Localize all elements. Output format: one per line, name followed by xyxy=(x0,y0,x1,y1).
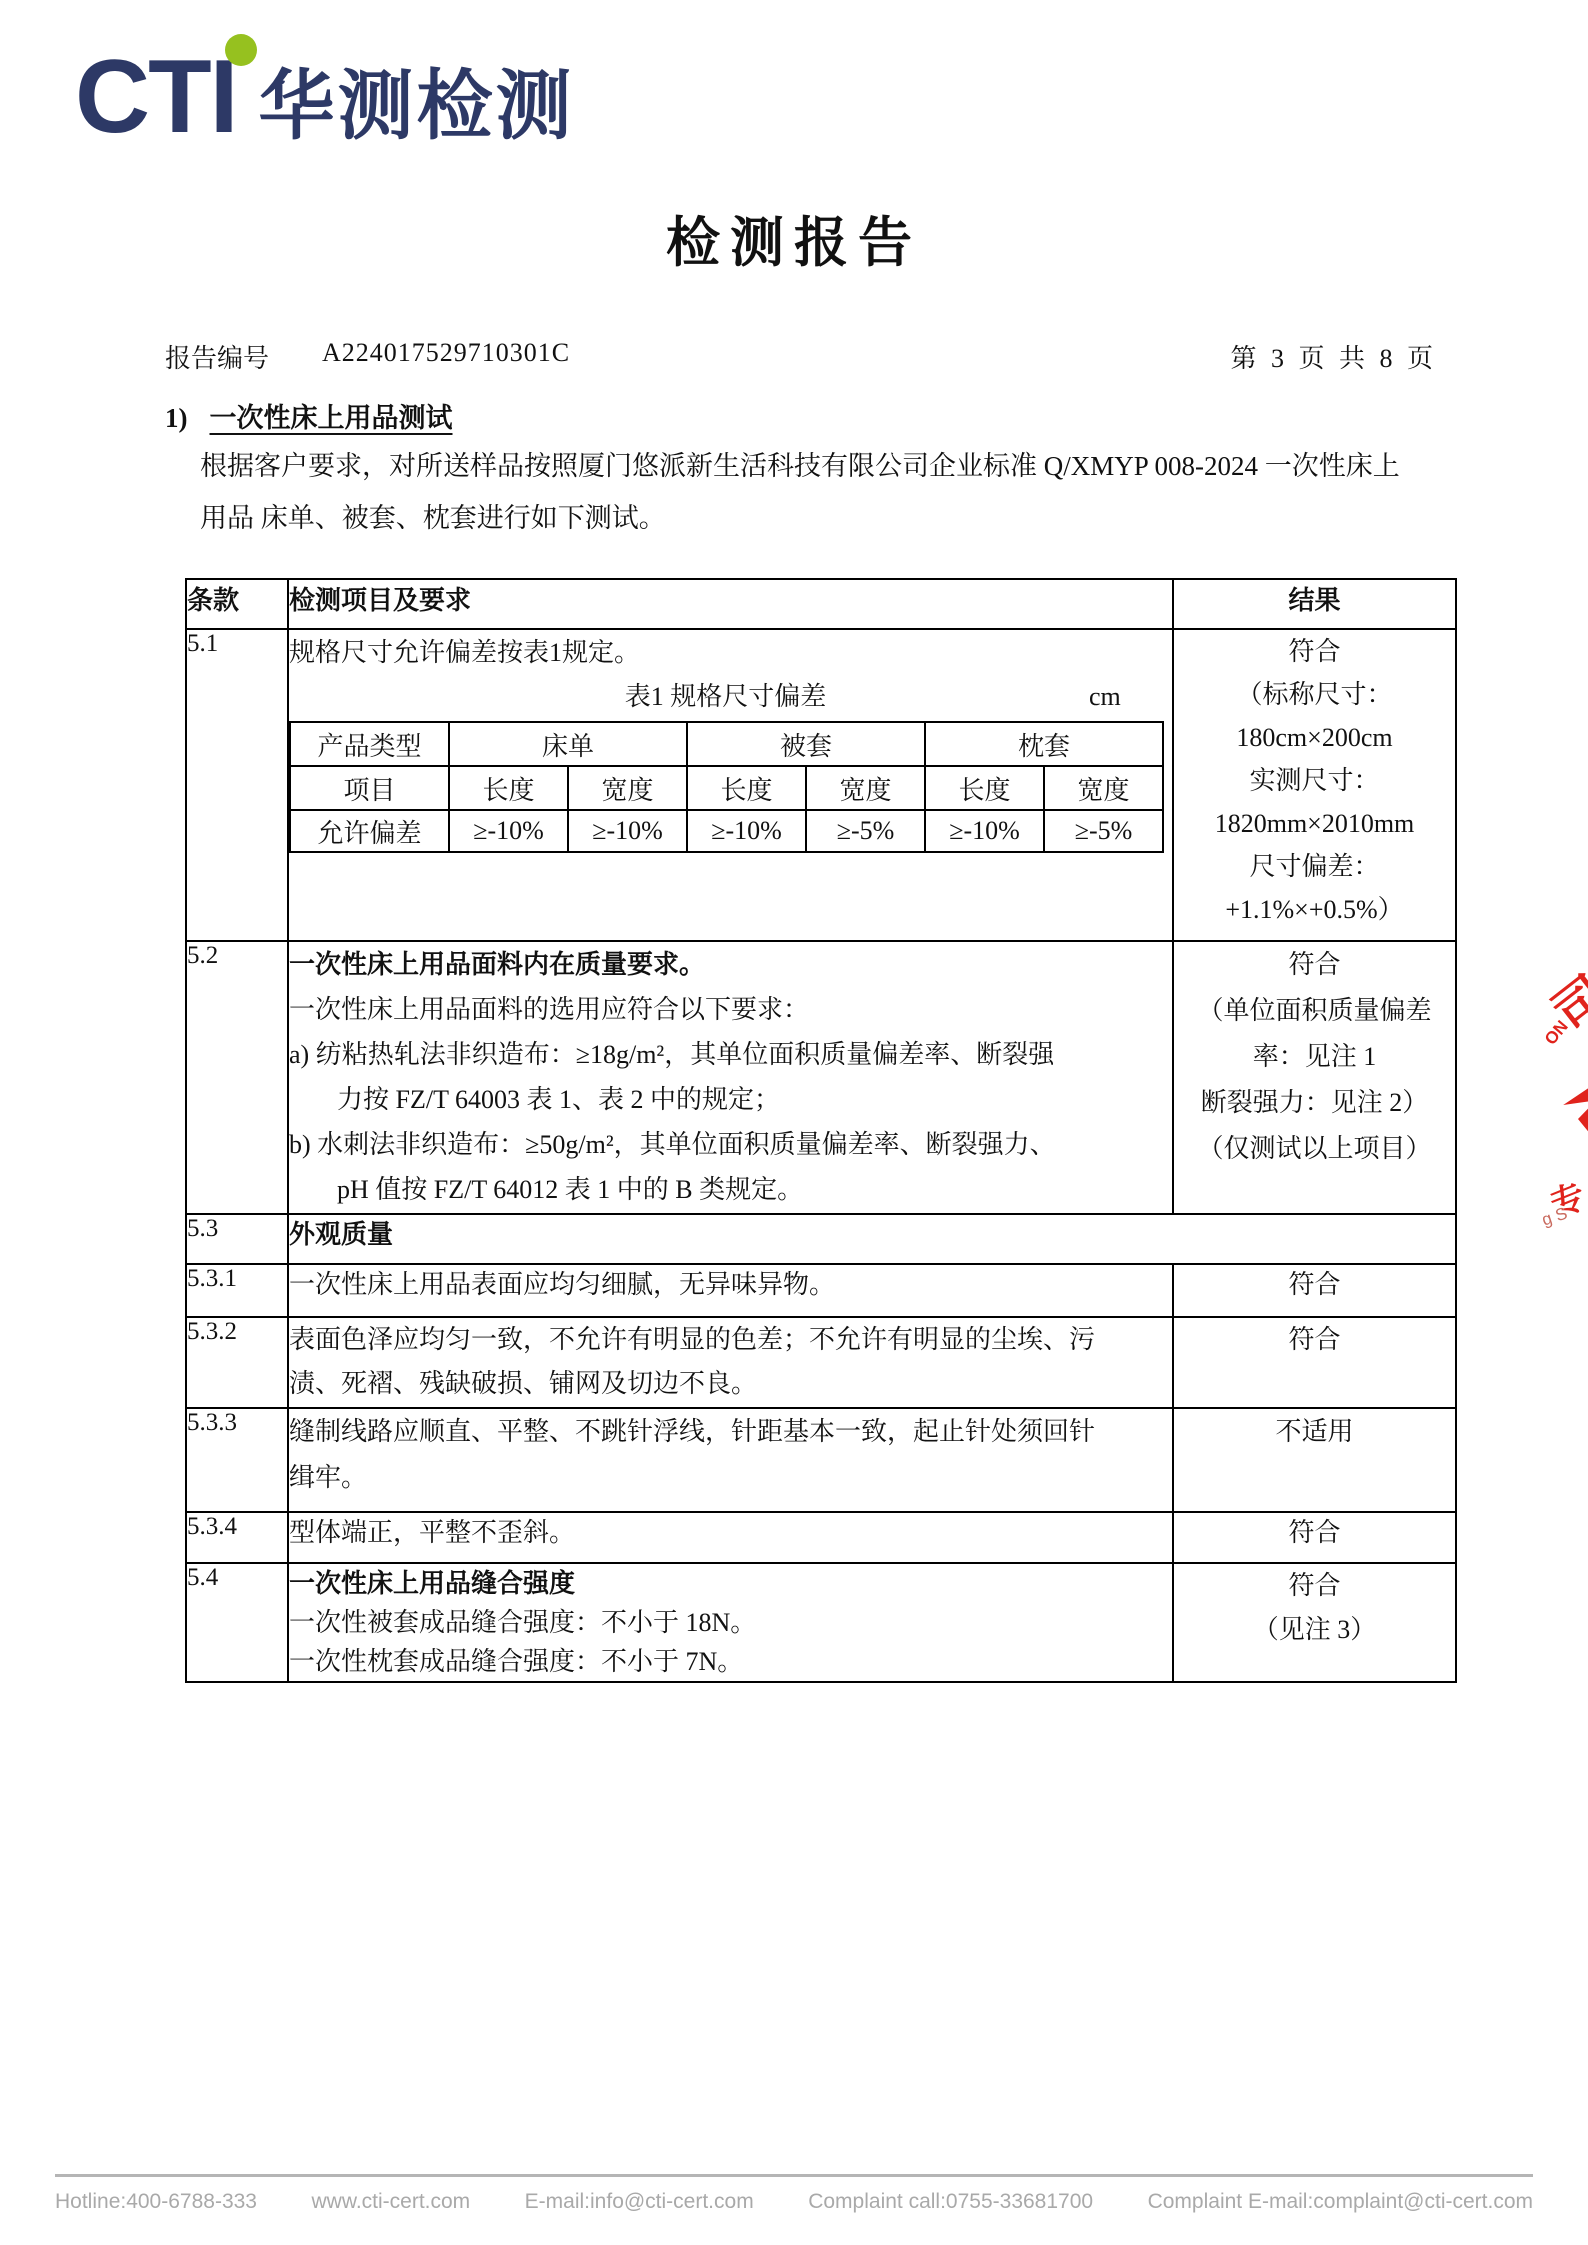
result-line: 不适用 xyxy=(1174,1409,1455,1455)
result-line: 符合 xyxy=(1174,942,1455,988)
requirement-cell: 规格尺寸允许偏差按表1规定。 表1 规格尺寸偏差 cm 产品类型 床单 被套 枕… xyxy=(288,629,1173,941)
footer: Hotline:400-6788-333 www.cti-cert.com E-… xyxy=(55,2190,1533,2214)
footer-email: E-mail:info@cti-cert.com xyxy=(525,2190,754,2214)
requirement-text: 型体端正，平整不歪斜。 xyxy=(289,1513,1172,1552)
requirement-cell: 缝制线路应顺直、平整、不跳针浮线，针距基本一致，起止针处须回针 缉牢。 xyxy=(288,1408,1173,1512)
requirement-cell: 一次性床上用品表面应均匀细腻，无异味异物。 xyxy=(288,1264,1173,1317)
inner-table-unit: cm xyxy=(1089,675,1121,719)
clause-number: 5.1 xyxy=(186,629,288,941)
page-indicator: 第 3 页 共 8 页 xyxy=(1230,338,1437,375)
result-line: （单位面积质量偏差 xyxy=(1174,988,1455,1034)
result-line: 实测尺寸： xyxy=(1174,759,1455,802)
info-line: 报告编号 A224017529710301C 第 3 页 共 8 页 xyxy=(165,338,1437,372)
requirement-text: 一次性枕套成品缝合强度：不小于 7N。 xyxy=(289,1642,1172,1681)
inner-cell: 项目 xyxy=(290,766,449,810)
result-cell: 符合 xyxy=(1173,1317,1456,1408)
result-line: 1820mm×2010mm xyxy=(1174,802,1455,845)
result-line: 符合 xyxy=(1174,1564,1455,1608)
report-no-label: 报告编号 xyxy=(165,338,269,375)
clause-number: 5.3.3 xyxy=(186,1408,288,1512)
inner-cell: ≥-5% xyxy=(806,810,925,852)
inner-cell: ≥-10% xyxy=(568,810,687,852)
header-clause: 条款 xyxy=(186,579,288,629)
table-row: 5.3.1 一次性床上用品表面应均匀细腻，无异味异物。 符合 xyxy=(186,1264,1456,1317)
table-row: 5.3.4 型体端正，平整不歪斜。 符合 xyxy=(186,1512,1456,1563)
section-heading: 1)一次性床上用品测试 xyxy=(165,396,453,435)
requirement-text: 一次性床上用品面料内在质量要求。 xyxy=(289,942,1172,987)
requirement-text: 一次性被套成品缝合强度：不小于 18N。 xyxy=(289,1603,1172,1642)
result-cell: 符合 （标称尺寸： 180cm×200cm 实测尺寸： 1820mm×2010m… xyxy=(1173,629,1456,941)
requirement-cell: 一次性床上用品面料内在质量要求。 一次性床上用品面料的选用应符合以下要求： a)… xyxy=(288,941,1173,1214)
inner-cell: 长度 xyxy=(687,766,806,810)
requirement-cell: 型体端正，平整不歪斜。 xyxy=(288,1512,1173,1563)
inner-cell: 长度 xyxy=(925,766,1044,810)
result-cell: 符合 （单位面积质量偏差 率：见注 1 断裂强力：见注 2） （仅测试以上项目） xyxy=(1173,941,1456,1214)
clause-number: 5.3 xyxy=(186,1214,288,1264)
report-page: CTI 华测检测 检测报告 报告编号 A224017529710301C 第 3… xyxy=(0,0,1588,2245)
green-dot-icon xyxy=(225,34,257,66)
cti-logo-letters: CTI xyxy=(75,48,237,147)
table-row: 5.4 一次性床上用品缝合强度 一次性被套成品缝合强度：不小于 18N。 一次性… xyxy=(186,1563,1456,1682)
clause-number: 5.3.2 xyxy=(186,1317,288,1408)
clause-number: 5.3.1 xyxy=(186,1264,288,1317)
size-deviation-table: 产品类型 床单 被套 枕套 项目 长度 宽度 长度 宽度 长度 宽度 xyxy=(289,721,1164,853)
result-line: （见注 3） xyxy=(1174,1608,1455,1652)
red-seal-fragment: 司 ON 专 g S xyxy=(1540,955,1588,1255)
requirement-text: 一次性床上用品缝合强度 xyxy=(289,1564,1172,1603)
requirement-text: 一次性床上用品表面应均匀细腻，无异味异物。 xyxy=(289,1265,1172,1304)
report-no-value: A224017529710301C xyxy=(322,338,570,368)
inner-cell: ≥-10% xyxy=(925,810,1044,852)
requirement-text: 力按 FZ/T 64003 表 1、表 2 中的规定； xyxy=(289,1077,1172,1122)
inner-cell: ≥-10% xyxy=(687,810,806,852)
inner-cell: 产品类型 xyxy=(290,722,449,766)
inner-cell: 宽度 xyxy=(568,766,687,810)
footer-divider xyxy=(55,2174,1533,2177)
result-line: 符合 xyxy=(1174,1513,1455,1552)
test-results-table: 条款 检测项目及要求 结果 5.1 规格尺寸允许偏差按表1规定。 表1 规格尺寸… xyxy=(185,578,1457,1683)
result-line: 符合 xyxy=(1174,630,1455,673)
page-title: 检测报告 xyxy=(0,200,1588,277)
result-cell: 符合 xyxy=(1173,1512,1456,1563)
header-item: 检测项目及要求 xyxy=(288,579,1173,629)
requirement-text: 缝制线路应顺直、平整、不跳针浮线，针距基本一致，起止针处须回针 xyxy=(289,1409,1172,1455)
clause-number: 5.4 xyxy=(186,1563,288,1682)
footer-complaint-call: Complaint call:0755-33681700 xyxy=(808,2190,1093,2214)
requirement-text: 渍、死褶、残缺破损、铺网及切边不良。 xyxy=(289,1362,1172,1406)
table-header-row: 条款 检测项目及要求 结果 xyxy=(186,579,1456,629)
requirement-text: a) 纺粘热轧法非织造布：≥18g/m²，其单位面积质量偏差率、断裂强 xyxy=(289,1032,1172,1077)
paragraph-line: 根据客户要求，对所送样品按照厦门悠派新生活科技有限公司企业标准 Q/XMYP 0… xyxy=(200,440,1470,492)
inner-cell: ≥-10% xyxy=(449,810,568,852)
result-line: （标称尺寸： xyxy=(1174,673,1455,716)
requirement-text: 一次性床上用品面料的选用应符合以下要求： xyxy=(289,987,1172,1032)
inner-cell: 宽度 xyxy=(1044,766,1163,810)
inner-cell: ≥-5% xyxy=(1044,810,1163,852)
seal-arc-text: g S xyxy=(1540,1204,1570,1231)
result-line: 率：见注 1 xyxy=(1174,1034,1455,1080)
result-line: 断裂强力：见注 2） xyxy=(1174,1080,1455,1126)
clause-number: 5.2 xyxy=(186,941,288,1214)
result-line: 尺寸偏差： xyxy=(1174,845,1455,888)
result-line: 符合 xyxy=(1174,1265,1455,1304)
result-line: 符合 xyxy=(1174,1318,1455,1362)
table-row: 5.3.3 缝制线路应顺直、平整、不跳针浮线，针距基本一致，起止针处须回针 缉牢… xyxy=(186,1408,1456,1512)
footer-hotline: Hotline:400-6788-333 xyxy=(55,2190,257,2214)
result-cell: 符合 xyxy=(1173,1264,1456,1317)
result-cell: 符合 （见注 3） xyxy=(1173,1563,1456,1682)
inner-table-caption: 表1 规格尺寸偏差 cm xyxy=(289,675,1162,719)
paragraph-line: 用品 床单、被套、枕套进行如下测试。 xyxy=(200,492,1470,544)
requirement-text: 规格尺寸允许偏差按表1规定。 xyxy=(289,630,1172,675)
result-line: 180cm×200cm xyxy=(1174,716,1455,759)
inner-cell: 枕套 xyxy=(925,722,1163,766)
result-line: +1.1%×+0.5%） xyxy=(1174,888,1455,931)
table-row: 5.3.2 表面色泽应均匀一致，不允许有明显的色差；不允许有明显的尘埃、污 渍、… xyxy=(186,1317,1456,1408)
requirement-text: 缉牢。 xyxy=(289,1455,1172,1501)
inner-subheader-row: 项目 长度 宽度 长度 宽度 长度 宽度 xyxy=(290,766,1163,810)
requirement-text: pH 值按 FZ/T 64012 表 1 中的 B 类规定。 xyxy=(289,1167,1172,1212)
requirement-cell: 外观质量 xyxy=(288,1214,1456,1264)
table-row: 5.2 一次性床上用品面料内在质量要求。 一次性床上用品面料的选用应符合以下要求… xyxy=(186,941,1456,1214)
result-cell: 不适用 xyxy=(1173,1408,1456,1512)
cti-logo-chinese: 华测检测 xyxy=(259,69,575,147)
footer-website: www.cti-cert.com xyxy=(311,2190,470,2214)
cti-logo: CTI 华测检测 xyxy=(75,48,575,147)
requirement-text: 表面色泽应均匀一致，不允许有明显的色差；不允许有明显的尘埃、污 xyxy=(289,1318,1172,1362)
cti-logo-text: CTI xyxy=(75,39,237,155)
inner-cell: 被套 xyxy=(687,722,925,766)
clause-number: 5.3.4 xyxy=(186,1512,288,1563)
inner-cell: 宽度 xyxy=(806,766,925,810)
inner-cell: 允许偏差 xyxy=(290,810,449,852)
requirement-cell: 一次性床上用品缝合强度 一次性被套成品缝合强度：不小于 18N。 一次性枕套成品… xyxy=(288,1563,1173,1682)
requirement-cell: 表面色泽应均匀一致，不允许有明显的色差；不允许有明显的尘埃、污 渍、死褶、残缺破… xyxy=(288,1317,1173,1408)
section-paragraph: 根据客户要求，对所送样品按照厦门悠派新生活科技有限公司企业标准 Q/XMYP 0… xyxy=(200,440,1470,544)
table-row: 5.1 规格尺寸允许偏差按表1规定。 表1 规格尺寸偏差 cm 产品类型 床单 … xyxy=(186,629,1456,941)
header-result: 结果 xyxy=(1173,579,1456,629)
inner-header-row: 产品类型 床单 被套 枕套 xyxy=(290,722,1163,766)
section-title: 一次性床上用品测试 xyxy=(210,403,453,433)
seal-star-icon xyxy=(1556,1083,1588,1141)
footer-complaint-email: Complaint E-mail:complaint@cti-cert.com xyxy=(1148,2190,1533,2214)
section-number: 1) xyxy=(165,403,188,434)
result-line: （仅测试以上项目） xyxy=(1174,1126,1455,1172)
table-row: 5.3 外观质量 xyxy=(186,1214,1456,1264)
inner-cell: 床单 xyxy=(449,722,687,766)
requirement-text: b) 水刺法非织造布：≥50g/m²，其单位面积质量偏差率、断裂强力、 xyxy=(289,1122,1172,1167)
requirement-text: 外观质量 xyxy=(289,1215,1455,1254)
inner-values-row: 允许偏差 ≥-10% ≥-10% ≥-10% ≥-5% ≥-10% ≥-5% xyxy=(290,810,1163,852)
inner-cell: 长度 xyxy=(449,766,568,810)
inner-table-title: 表1 规格尺寸偏差 xyxy=(625,682,827,711)
